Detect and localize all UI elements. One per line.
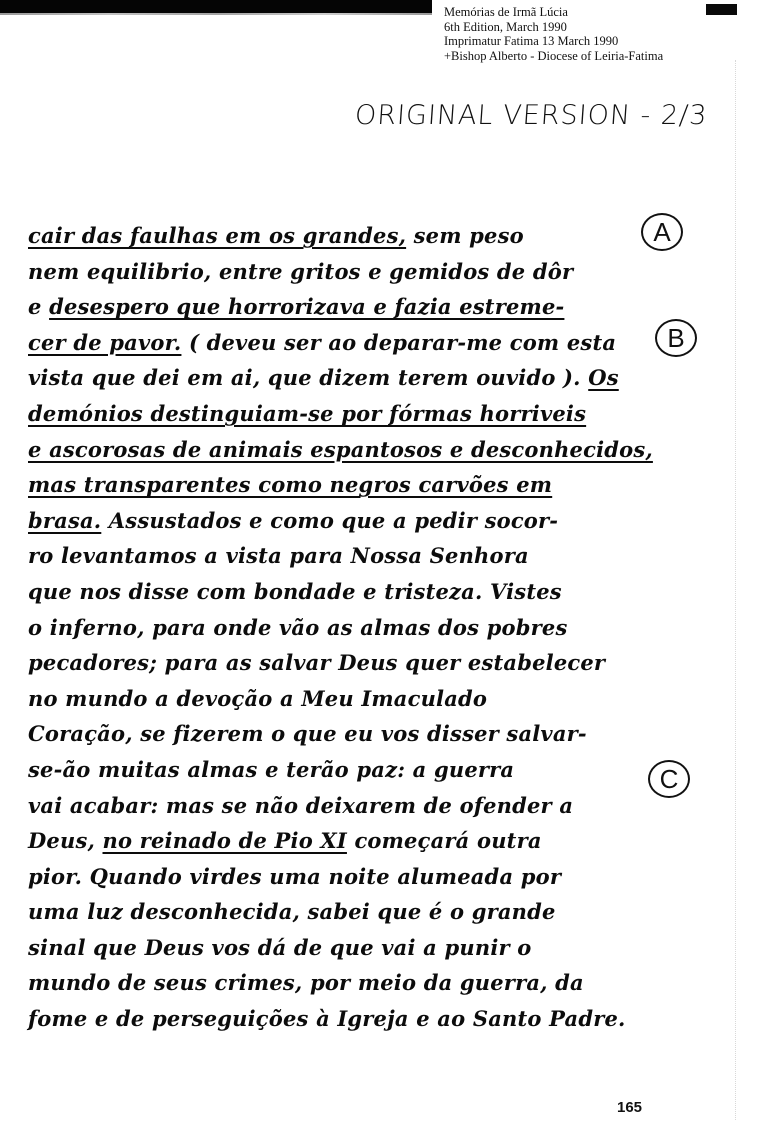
manuscript-text: vista que dei em ai, que dizem terem ouv…: [28, 365, 588, 390]
manuscript-line: cair das faulhas em os grandes, sem peso: [28, 218, 668, 254]
citation-header: Memórias de Irmã Lúcia 6th Edition, Marc…: [444, 5, 663, 63]
underlined-text: cair das faulhas em os grandes,: [28, 223, 406, 248]
manuscript-line: cer de pavor. ( deveu ser ao deparar-me …: [28, 325, 668, 361]
manuscript-text: uma luz desconhecida, sabei que é o gran…: [28, 899, 556, 924]
manuscript-text: vai acabar: mas se não deixarem de ofend…: [28, 793, 573, 818]
manuscript-text: Deus,: [28, 828, 103, 853]
manuscript-text: que nos disse com bondade e tristeza. Vi…: [28, 579, 562, 604]
underlined-text: Os: [588, 365, 619, 390]
manuscript-text: se-ão muitas almas e terão paz: a guerra: [28, 757, 514, 782]
underlined-text: demónios destinguiam-se por fórmas horri…: [28, 401, 586, 426]
manuscript-line: se-ão muitas almas e terão paz: a guerra: [28, 752, 668, 788]
underlined-text: mas transparentes como negros carvões em: [28, 472, 552, 497]
version-annotation: ORIGINAL VERSION - 2/3: [354, 100, 709, 131]
manuscript-line: sinal que Deus vos dá de que vai a punir…: [28, 930, 668, 966]
manuscript-line: pior. Quando virdes uma noite alumeada p…: [28, 859, 668, 895]
citation-line: +Bishop Alberto - Diocese of Leiria-Fati…: [444, 49, 663, 64]
citation-line: 6th Edition, March 1990: [444, 20, 663, 35]
manuscript-line: vista que dei em ai, que dizem terem ouv…: [28, 360, 668, 396]
manuscript-text: nem equilibrio, entre gritos e gemidos d…: [28, 259, 573, 284]
manuscript-line: no mundo a devoção a Meu Imaculado: [28, 681, 668, 717]
manuscript-line: o inferno, para onde vão as almas dos po…: [28, 610, 668, 646]
manuscript-text: começará outra: [347, 828, 542, 853]
manuscript-text: ( deveu ser ao deparar-me com esta: [181, 330, 616, 355]
manuscript-text: Assustados e como que a pedir socor-: [101, 508, 558, 533]
manuscript-text: sem peso: [406, 223, 524, 248]
manuscript-line: vai acabar: mas se não deixarem de ofend…: [28, 788, 668, 824]
manuscript-line: e desespero que horrorizava e fazia estr…: [28, 289, 668, 325]
manuscript-line: Deus, no reinado de Pio XI começará outr…: [28, 823, 668, 859]
underlined-text: brasa.: [28, 508, 101, 533]
underlined-text: e ascorosas de animais espantosos e desc…: [28, 437, 653, 462]
manuscript-text: fome e de perseguições à Igreja e ao San…: [28, 1006, 626, 1031]
manuscript-text: no mundo a devoção a Meu Imaculado: [28, 686, 487, 711]
manuscript-line: demónios destinguiam-se por fórmas horri…: [28, 396, 668, 432]
manuscript-line: pecadores; para as salvar Deus quer esta…: [28, 645, 668, 681]
page-edge: [735, 60, 738, 1120]
manuscript-line: fome e de perseguições à Igreja e ao San…: [28, 1001, 668, 1037]
manuscript-line: ro levantamos a vista para Nossa Senhora: [28, 538, 668, 574]
redaction-block: [706, 4, 737, 15]
manuscript-line: que nos disse com bondade e tristeza. Vi…: [28, 574, 668, 610]
citation-line: Imprimatur Fatima 13 March 1990: [444, 34, 663, 49]
manuscript-line: brasa. Assustados e como que a pedir soc…: [28, 503, 668, 539]
citation-line: Memórias de Irmã Lúcia: [444, 5, 663, 20]
manuscript-line: nem equilibrio, entre gritos e gemidos d…: [28, 254, 668, 290]
manuscript-text: sinal que Deus vos dá de que vai a punir…: [28, 935, 531, 960]
manuscript-text: o inferno, para onde vão as almas dos po…: [28, 615, 567, 640]
manuscript-text: Coração, se fizerem o que eu vos disser …: [28, 721, 587, 746]
manuscript-line: e ascorosas de animais espantosos e desc…: [28, 432, 668, 468]
manuscript-line: uma luz desconhecida, sabei que é o gran…: [28, 894, 668, 930]
underlined-text: desespero que horrorizava e fazia estrem…: [49, 294, 564, 319]
manuscript-text: ro levantamos a vista para Nossa Senhora: [28, 543, 529, 568]
underlined-text: cer de pavor.: [28, 330, 181, 355]
manuscript-line: mas transparentes como negros carvões em: [28, 467, 668, 503]
scan-border-bar: [0, 0, 432, 13]
manuscript-text: pecadores; para as salvar Deus quer esta…: [28, 650, 605, 675]
underlined-text: no reinado de Pio XI: [103, 828, 347, 853]
handwritten-manuscript: cair das faulhas em os grandes, sem peso…: [28, 218, 668, 1037]
manuscript-text: e: [28, 294, 49, 319]
manuscript-line: Coração, se fizerem o que eu vos disser …: [28, 716, 668, 752]
manuscript-text: pior. Quando virdes uma noite alumeada p…: [28, 864, 561, 889]
manuscript-line: mundo de seus crimes, por meio da guerra…: [28, 965, 668, 1001]
page-number: 165: [617, 1099, 642, 1116]
manuscript-text: mundo de seus crimes, por meio da guerra…: [28, 970, 584, 995]
